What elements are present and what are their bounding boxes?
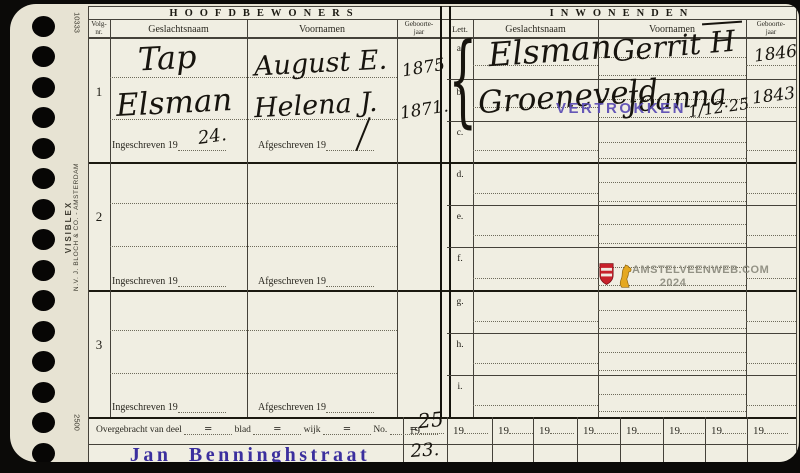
footer-column-line — [663, 417, 664, 462]
year-prefix: 19 — [583, 425, 594, 437]
writing-line — [473, 321, 598, 322]
writing-line — [598, 328, 746, 329]
writing-line — [746, 363, 796, 364]
year-cell-9: 19 — [753, 424, 788, 451]
writing-line — [598, 142, 746, 143]
punch-hole — [32, 412, 55, 433]
row-line-ef — [447, 247, 797, 248]
writing-line — [473, 235, 598, 236]
volgnr-3: 3 — [88, 337, 110, 353]
writing-line — [746, 278, 796, 279]
year-cell-2: 19 — [453, 424, 488, 451]
header-volgnr: Volg- nr. — [88, 21, 110, 36]
punch-hole — [32, 138, 55, 159]
year-cell-4: 19 — [539, 424, 574, 451]
year-prefix: 19 — [669, 425, 680, 437]
section-title-inwonenden: INWONENDEN — [447, 8, 797, 19]
writing-line — [110, 330, 397, 331]
writing-line — [473, 193, 598, 194]
ingeschreven-label-2: Ingeschreven 19 — [112, 276, 226, 287]
footer-column-line — [620, 417, 621, 462]
volgnr-1: 1 — [88, 84, 110, 100]
printer-imprint: VISIBLEX N.V. J. BLOCH & CO. - AMSTERDAM — [64, 152, 80, 302]
left-name-column-line — [247, 19, 248, 417]
volgnr-column-line — [110, 19, 111, 417]
year-blank — [722, 424, 746, 434]
lett-g: g. — [447, 297, 473, 307]
ingeschreven-text: Ingeschreven 19 — [112, 140, 178, 151]
header-geboorte-line2: jaar — [414, 28, 425, 36]
lett-h: h. — [447, 340, 473, 350]
year-cell-7: 19 — [669, 424, 704, 451]
hw-house-number: 23. — [402, 440, 447, 461]
overgebracht-line: Overgebracht van deel = blad = wijk = No… — [96, 424, 438, 435]
afgeschreven-label-2: Afgeschreven 19 — [258, 276, 374, 287]
lett-i: i. — [447, 382, 473, 392]
punch-hole — [32, 107, 55, 128]
punch-hole — [32, 46, 55, 67]
row-line-bc — [447, 121, 797, 122]
writing-line — [473, 278, 598, 279]
year-blank — [178, 276, 226, 287]
writing-line — [746, 150, 796, 151]
row-line-gh — [447, 333, 797, 334]
table-right-border — [796, 6, 797, 462]
table-left-border — [88, 6, 89, 462]
writing-line — [746, 321, 796, 322]
deel-blank: = — [184, 424, 232, 435]
wijk-blank: = — [323, 424, 371, 435]
footer-column-line — [492, 417, 493, 462]
writing-line — [746, 405, 796, 406]
watermark-year: 2024 — [610, 277, 736, 289]
punch-hole — [32, 351, 55, 372]
writing-line — [598, 370, 746, 371]
hw-surname-1: Tap — [137, 40, 197, 75]
year-blank — [550, 424, 574, 434]
year-prefix: 19 — [753, 425, 764, 437]
punch-hole — [32, 16, 55, 37]
writing-line — [110, 203, 397, 204]
serial-number-bottom: 2500 — [73, 401, 82, 445]
ingeschreven-label-3: Ingeschreven 19 — [112, 402, 226, 413]
year-blank — [509, 424, 533, 434]
row-line-hi — [447, 375, 797, 376]
watermark-site: AMSTELVEENWEB.COM — [632, 264, 769, 276]
footer-column-line — [577, 417, 578, 462]
writing-line — [598, 201, 746, 202]
writing-line — [598, 394, 746, 395]
header-geboorte-line2: jaar — [766, 28, 777, 36]
year-cell-5: 19 — [583, 424, 618, 451]
writing-line — [746, 193, 796, 194]
overgebracht-label: Overgebracht van deel — [96, 425, 182, 435]
afgeschreven-text: Afgeschreven 19 — [258, 402, 326, 413]
lett-f: f. — [447, 254, 473, 264]
street-name-stamp: Jan Benninghstraat — [110, 444, 390, 462]
footer-column-line — [533, 417, 534, 462]
afgeschreven-label-3: Afgeschreven 19 — [258, 402, 374, 413]
hw-firstnames-2: Helena J. — [253, 89, 378, 122]
year-blank — [637, 424, 661, 434]
afgeschreven-text: Afgeschreven 19 — [258, 276, 326, 287]
deel-value: = — [204, 424, 212, 435]
writing-line — [598, 182, 746, 183]
writing-line — [598, 224, 746, 225]
wijk-value: = — [343, 424, 351, 435]
year-prefix: 19 — [711, 425, 722, 437]
header-geslachtsnaam-left: Geslachtsnaam — [110, 24, 247, 35]
wijk-label: wijk — [304, 425, 321, 435]
brand-name: VISIBLEX — [64, 152, 73, 302]
blad-label: blad — [235, 425, 251, 435]
writing-line — [598, 158, 746, 159]
year-cell-8: 19 — [711, 424, 746, 451]
blad-value: = — [273, 424, 281, 435]
section-title-hoofdbewoners: HOOFDBEWONERS — [88, 8, 441, 19]
year-blank — [594, 424, 618, 434]
register-card-scan: 10333 2500 VISIBLEX N.V. J. BLOCH & CO. … — [0, 0, 800, 473]
writing-line — [598, 243, 746, 244]
year-blank — [326, 402, 374, 413]
afgeschreven-text: Afgeschreven 19 — [258, 140, 326, 151]
volgnr-2: 2 — [88, 209, 110, 225]
writing-line — [473, 405, 598, 406]
header-geboortejaar-left: Geboorte- jaar — [397, 21, 441, 36]
year-cell-6: 19 — [626, 424, 661, 451]
footer-column-line — [705, 417, 706, 462]
no-label: No. — [373, 425, 387, 435]
printer-name: N.V. J. BLOCH & CO. - AMSTERDAM — [73, 152, 80, 302]
writing-line — [473, 150, 598, 151]
header-voornamen-left: Voornamen — [247, 24, 397, 35]
footer-column-line — [747, 417, 748, 462]
punch-hole — [32, 77, 55, 98]
year-blank — [764, 424, 788, 434]
punch-hole — [32, 290, 55, 311]
lett-d: d. — [447, 170, 473, 180]
punch-hole — [32, 321, 55, 342]
writing-line — [473, 363, 598, 364]
ingeschreven-text: Ingeschreven 19 — [112, 402, 178, 413]
year-blank — [326, 276, 374, 287]
writing-line — [746, 235, 796, 236]
year-blank — [178, 402, 226, 413]
year-blank — [464, 424, 488, 434]
writing-line — [746, 65, 796, 66]
punch-hole — [32, 168, 55, 189]
year-cell-3: 19 — [498, 424, 533, 451]
population-register-card: 10333 2500 VISIBLEX N.V. J. BLOCH & CO. … — [10, 4, 799, 462]
blad-blank: = — [253, 424, 301, 435]
writing-line — [110, 373, 397, 374]
hw-inw-surname-a: Elsman — [487, 30, 613, 72]
year-prefix: 19 — [539, 425, 550, 437]
ink-brace: { — [448, 30, 477, 130]
year-blank — [680, 424, 704, 434]
punch-hole — [32, 199, 55, 220]
lett-e: e. — [447, 212, 473, 222]
punch-hole — [32, 260, 55, 281]
header-geboortejaar-right: Geboorte- jaar — [746, 21, 796, 36]
year-prefix: 19 — [453, 425, 464, 437]
ingeschreven-text: Ingeschreven 19 — [112, 276, 178, 287]
hw-firstnames-1: August E. — [253, 47, 387, 81]
year-prefix: 19 — [498, 425, 509, 437]
header-volgnr-line2: nr. — [95, 28, 102, 36]
vertrokken-stamp: VERTROKKEN — [556, 100, 686, 117]
punch-hole — [32, 229, 55, 250]
punch-hole — [32, 443, 55, 462]
hw-ingeschreven-year: 24. — [197, 126, 228, 148]
writing-line — [598, 352, 746, 353]
writing-line — [598, 411, 746, 412]
punch-hole — [32, 382, 55, 403]
writing-line — [598, 117, 746, 118]
row-line-de — [447, 205, 797, 206]
writing-line — [110, 246, 397, 247]
serial-number-top: 10333 — [73, 4, 82, 45]
year-prefix: 19 — [626, 425, 637, 437]
hw-footer-year: 25 — [417, 409, 444, 432]
hw-surname-2: Elsman — [115, 85, 233, 122]
left-year-column-line — [397, 19, 398, 417]
writing-line — [598, 310, 746, 311]
year-blank — [326, 140, 374, 151]
